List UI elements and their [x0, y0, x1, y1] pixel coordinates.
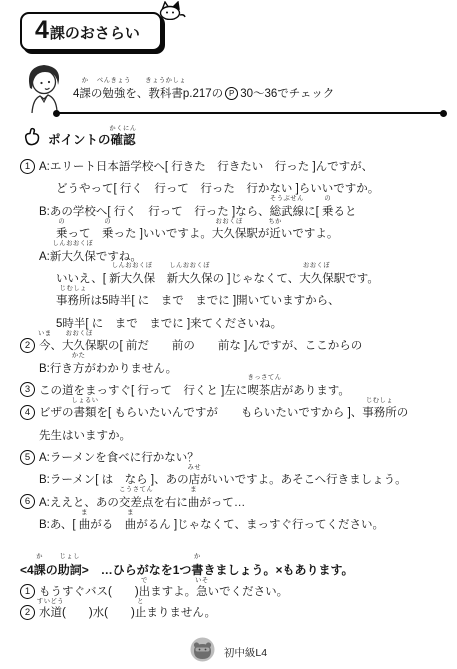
worksheet-page: 4課のおさらい 4か課のべんきょう勉強を、きょうかしょ教科書p.217のP30～… [0, 0, 457, 669]
furigana-word: じむしょ事務所 [362, 402, 397, 424]
points-list: 1A:エリート日本語学校へ[ 行きた 行きたい 行った ]んですが、どうやって[… [20, 156, 408, 537]
furigana-word: じむしょ事務所 [56, 290, 91, 312]
furigana-text: ま [127, 510, 134, 516]
furigana-text: かくにん [109, 126, 136, 132]
furigana-text: の [324, 196, 331, 202]
furigana-word: いま今 [39, 335, 51, 357]
pointing-hand-icon [22, 127, 41, 152]
furigana-text: じむしょ [60, 286, 87, 292]
footer-label: 初中級L4 [224, 645, 267, 660]
furigana-text: きっさてん [248, 375, 282, 381]
furigana-text: か [194, 554, 201, 560]
point-line: B:あ、[ ま曲がる ま曲がるん ]じゃなくて、まっすぐ行ってください。 [20, 514, 408, 536]
lesson-title-text: 課のおさらい [50, 25, 140, 42]
joshi-line: 2すいどう水道( )水( )と止まりません。 [20, 603, 354, 624]
furigana-text: すいどう [37, 599, 64, 605]
point-line: 先生はいますか。 [20, 425, 408, 447]
furigana-text: ちか [268, 219, 282, 225]
furigana-text: しんおおくぼ [169, 263, 210, 269]
furigana-word: と止 [135, 603, 147, 624]
point-line: B:あの学校へ[ 行く 行って 行った ]なら、そうぶせん総武線に[ の乗ると [20, 201, 408, 223]
furigana-text: べんきょう [97, 78, 131, 84]
furigana-word: すいどう水道 [39, 603, 62, 624]
point-line: どうやって[ 行く 行って 行った 行かない ]らいいですか。 [20, 178, 408, 200]
furigana-text: じょし [60, 554, 80, 560]
furigana-text: ま [190, 487, 197, 493]
furigana-text: か [82, 78, 89, 84]
footer-logo-icon [190, 637, 215, 667]
furigana-word: こうさてん交差点 [119, 492, 154, 514]
furigana-text: の [58, 219, 65, 225]
point-line: B:ラーメン[ は なら ]、あのみせ店がいいですよ。あそこへ行きましょう。 [20, 469, 408, 491]
girl-avatar-icon [21, 59, 67, 120]
furigana-text: そうぶせん [270, 196, 304, 202]
furigana-word: の乗 [322, 201, 334, 223]
point-line: 1A:エリート日本語学校へ[ 行きた 行きたい 行った ]んですが、 [20, 156, 408, 178]
cat-icon [150, 1, 186, 25]
item-number: 3 [20, 382, 35, 397]
furigana-word: しんおおくぼ新大久保 [109, 268, 155, 290]
furigana-word: べんきょう勉強 [102, 82, 125, 106]
item-number: 4 [20, 405, 35, 420]
furigana-word: の乗 [102, 223, 114, 245]
furigana-word: かくにん確認 [111, 130, 136, 148]
point-line: B:行きかた方がわかりません。 [20, 358, 408, 380]
divider-dot-right [440, 110, 447, 117]
furigana-word: か課 [79, 82, 91, 106]
furigana-text: じむしょ [366, 398, 393, 404]
furigana-word: きょうかしょ教科書 [148, 82, 183, 106]
furigana-word: ま曲 [188, 492, 200, 514]
furigana-word: しんおおくぼ新大久保 [167, 268, 213, 290]
points-heading: ポイントのかくにん確認 [22, 125, 136, 153]
lesson-title-box: 4課のおさらい [20, 12, 162, 51]
furigana-text: みせ [188, 465, 202, 471]
furigana-text: しんおおくぼ [112, 263, 153, 269]
furigana-text: ま [81, 510, 88, 516]
furigana-text: おおくぼ [303, 263, 330, 269]
furigana-text: きょうかしょ [145, 78, 186, 84]
divider-dot-left [53, 110, 60, 117]
item-number: 5 [20, 450, 35, 465]
furigana-word: ま曲 [125, 514, 137, 536]
furigana-text: こうさてん [119, 487, 153, 493]
furigana-text: かた [72, 353, 86, 359]
furigana-text: か [36, 554, 43, 560]
furigana-word: しんおおくぼ新大久保 [50, 246, 96, 268]
furigana-word: しょるい書類 [74, 402, 97, 424]
joshi-line: 1もうすぐバス( )で出ますよ。いそ急いでください。 [20, 582, 354, 603]
item-number: 1 [20, 584, 35, 599]
furigana-text: いそ [195, 578, 209, 584]
furigana-text: いま [38, 331, 52, 337]
furigana-word: ちか近 [269, 223, 281, 245]
item-number: 2 [20, 338, 35, 353]
points-heading-label: ポイントのかくにん確認 [48, 130, 136, 148]
point-line: 5A:ラーメンを食べに行かない？ [20, 447, 408, 469]
circled-p-badge: P [225, 87, 238, 100]
point-line: 4ビザのしょるい書類を[ もらいたいんですが もらいたいですから ]、じむしょ事… [20, 402, 408, 424]
item-number: 6 [20, 494, 35, 509]
furigana-word: おおくぼ大久保 [299, 268, 334, 290]
furigana-text: おおくぼ [66, 331, 93, 337]
item-number: 1 [20, 159, 35, 174]
joshi-list: 1もうすぐバス( )で出ますよ。いそ急いでください。2すいどう水道( )水( )… [20, 582, 354, 624]
furigana-word: きっさてん喫茶店 [247, 380, 282, 402]
joshi-section: <4か課のじょし助詞> …ひらがなを1つか書きましょう。×もあります。 1もうす… [20, 558, 354, 624]
furigana-word: かた方 [73, 358, 85, 380]
furigana-text: おおくぼ [216, 219, 243, 225]
furigana-text: と [137, 599, 144, 605]
section-divider [56, 112, 445, 114]
furigana-word: ま曲 [79, 514, 91, 536]
furigana-word: おおくぼ大久保 [212, 223, 247, 245]
point-line: A:しんおおくぼ新大久保ですね。 [20, 246, 408, 268]
footer: 初中級L4 [0, 637, 457, 667]
item-number: 2 [20, 605, 35, 620]
furigana-text: で [141, 578, 148, 584]
point-line: 6A:ええと、あのこうさてん交差点を右にま曲がって… [20, 492, 408, 514]
joshi-heading: <4か課のじょし助詞> …ひらがなを1つか書きましょう。×もあります。 [20, 558, 354, 582]
furigana-word: いそ急 [196, 582, 208, 603]
furigana-text: の [104, 219, 111, 225]
lesson-title-number: 4 [35, 16, 50, 44]
furigana-word: か課 [34, 558, 46, 582]
point-line: じむしょ事務所は5時半[ に まで までに ]開いていますから、 [20, 290, 408, 312]
intro-text: 4か課のべんきょう勉強を、きょうかしょ教科書p.217のP30～36でチェック [73, 82, 334, 106]
furigana-word: じょし助詞 [58, 558, 82, 582]
furigana-text: しんおおくぼ [52, 241, 93, 247]
furigana-text: しょるい [71, 398, 98, 404]
